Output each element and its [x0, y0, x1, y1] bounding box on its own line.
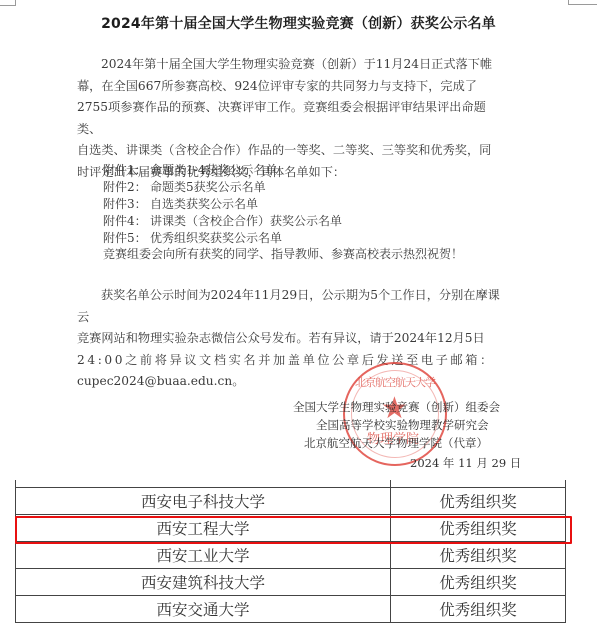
attachment-label: 附件2：: [103, 179, 150, 195]
awards-table: 西安电子科技大学 优秀组织奖 西安工程大学 优秀组织奖 西安工业大学 优秀组织奖…: [15, 487, 566, 623]
table-row: 西安建筑科技大学 优秀组织奖: [16, 569, 566, 596]
congratulations-text: 竞赛组委会向所有获奖的同学、指导教师、参赛高校表示热烈祝贺！: [103, 245, 463, 262]
crop-mark-top-right-h: [568, 4, 597, 5]
attachment-item: 附件3：自选类获奖公示名单: [103, 196, 258, 212]
attachment-label: 附件3：: [103, 196, 150, 212]
notice-line: 24:00之前将异议文档实名并加盖单位公章后发送至电子邮箱：: [77, 350, 507, 372]
intro-line: 2024年第十届全国大学生物理实验竞赛（创新）于11月24日正式落下帷: [77, 54, 507, 76]
document-date: 2024 年 11 月 29 日: [410, 455, 521, 471]
crop-mark-top-left-h: [0, 5, 16, 6]
table-row: 西安交通大学 优秀组织奖: [16, 596, 566, 623]
school-cell: 西安电子科技大学: [16, 488, 391, 515]
highlight-box: [15, 516, 572, 544]
attachment-text: 优秀组织奖获奖公示名单: [150, 231, 282, 245]
attachment-label: 附件5：: [103, 230, 150, 246]
award-cell: 优秀组织奖: [391, 569, 566, 596]
attachment-item: 附件4：讲课类（含校企合作）获奖公示名单: [103, 213, 342, 229]
school-cell: 西安建筑科技大学: [16, 569, 391, 596]
signature-teaching-society: 全国高等学校实验物理教学研究会: [316, 417, 489, 433]
attachment-label: 附件4：: [103, 213, 150, 229]
intro-line: 幕，在全国667所参赛高校、924位评审专家的共同努力与支持下，完成了: [77, 76, 507, 98]
attachment-item: 附件2：命题类5获奖公示名单: [103, 179, 266, 195]
school-cell: 西安交通大学: [16, 596, 391, 623]
signature-school-of-physics: 北京航空航天大学物理学院（代章）: [304, 435, 488, 451]
school-cell: 西安工业大学: [16, 542, 391, 569]
attachment-text: 讲课类（含校企合作）获奖公示名单: [150, 214, 342, 228]
award-cell: 优秀组织奖: [391, 542, 566, 569]
document-title: 2024年第十届全国大学生物理实验竞赛（创新）获奖公示名单: [0, 13, 597, 33]
table-row: 西安工业大学 优秀组织奖: [16, 542, 566, 569]
attachment-text: 命题类5获奖公示名单: [150, 180, 266, 194]
attachment-item: 附件1：命题类1-4获奖公示名单: [103, 162, 277, 178]
attachment-item: 附件5：优秀组织奖获奖公示名单: [103, 230, 282, 246]
award-cell: 优秀组织奖: [391, 488, 566, 515]
seal-top-text: 北京航空航天大学: [345, 374, 445, 390]
attachment-label: 附件1：: [103, 162, 150, 178]
award-cell: 优秀组织奖: [391, 596, 566, 623]
notice-line: 竞赛网站和物理实验杂志微信公众号发布。若有异议，请于2024年12月5日: [77, 328, 507, 350]
notice-line: 获奖名单公示时间为2024年11月29日，公示期为5个工作日，分别在摩课云: [77, 285, 507, 328]
table-row: 西安电子科技大学 优秀组织奖: [16, 488, 566, 515]
attachment-text: 命题类1-4获奖公示名单: [150, 163, 277, 177]
signature-organizing-committee: 全国大学生物理实验竞赛（创新）组委会: [293, 399, 500, 415]
intro-line: 自选类、讲课类（含校企合作）作品的一等奖、二等奖、三等奖和优秀奖，同: [77, 140, 507, 162]
intro-line: 2755项参赛作品的预赛、决赛评审工作。竞赛组委会根据评审结果评出命题类、: [77, 97, 507, 140]
attachment-text: 自选类获奖公示名单: [150, 197, 258, 211]
